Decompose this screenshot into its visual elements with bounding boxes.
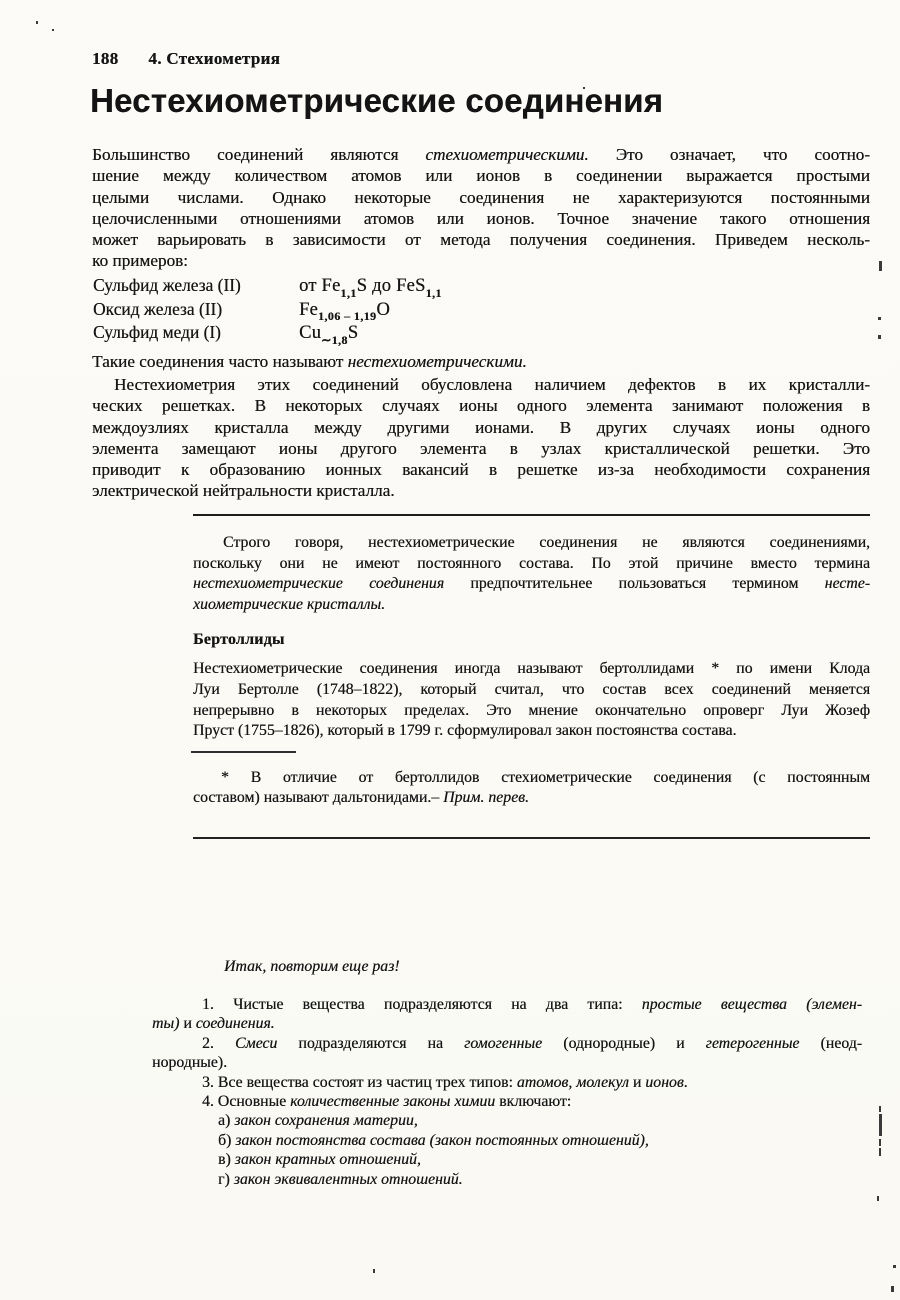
text-line: 2. Смеси подразделяются на гомогенные (о… xyxy=(152,1034,862,1053)
text-line: может варьировать в зависимости от метод… xyxy=(92,229,870,250)
text-line: нестехиометрические соединения предпочти… xyxy=(193,574,870,595)
text-line: Пруст (1755–1826), который в 1799 г. сфо… xyxy=(193,721,870,742)
berthollides-paragraph: Нестехиометрические соединения иногда на… xyxy=(193,659,870,741)
scan-artifact xyxy=(373,1269,375,1273)
scan-artifact xyxy=(879,1148,881,1156)
text-line: междоузлиях кристалла между другими иона… xyxy=(92,417,870,438)
example-row: Оксид железа (II)Fe1,06 – 1,19O xyxy=(93,299,442,323)
footnote: * В отличие от бертоллидов стехиометриче… xyxy=(193,768,870,808)
rule-top xyxy=(193,514,870,516)
page-title: Нестехиометрические соединения xyxy=(90,82,663,120)
text-line: * В отличие от бертоллидов стехиометриче… xyxy=(193,768,870,788)
chapter-label: 4. Стехиометрия xyxy=(148,49,280,68)
text-line: хиометрические кристаллы. xyxy=(193,595,870,616)
example-row: Сульфид меди (I)Cu∼1,8S xyxy=(93,322,442,346)
intro-paragraph: Большинство соединений являются стехиоме… xyxy=(92,144,870,272)
example-row: Сульфид железа (II)от Fe1,1S до FeS1,1 xyxy=(93,275,442,299)
text-line: составом) называют дальтонидами.– Прим. … xyxy=(193,788,870,808)
text-line: 4. Основные количественные законы химии … xyxy=(152,1092,862,1111)
text-line: Строго говоря, нестехиометрические соеди… xyxy=(193,533,870,554)
review-item-3: 3. Все вещества состоят из частиц трех т… xyxy=(152,1073,862,1092)
scan-artifact xyxy=(879,1114,882,1136)
example-formula: Fe1,06 – 1,19O xyxy=(299,299,390,324)
text-line: элемента замещают ионы другого элемента … xyxy=(92,438,870,459)
text-line: Луи Бертолле (1748–1822), который считал… xyxy=(193,680,870,701)
example-label: Сульфид железа (II) xyxy=(93,275,299,296)
text-line: непрерывно в некоторых пределах. Это мне… xyxy=(193,701,870,722)
inset-block: Строго говоря, нестехиометрические соеди… xyxy=(193,514,870,839)
review-subitems: а) закон сохранения материи,б) закон пос… xyxy=(152,1111,862,1189)
scan-artifact xyxy=(877,1196,879,1201)
text-line: 1. Чистые вещества подразделяются на два… xyxy=(152,995,862,1014)
review-item-4: 4. Основные количественные законы химии … xyxy=(152,1092,862,1111)
text-line: электрической нейтральности кристалла. xyxy=(92,480,870,501)
text-line: б) закон постоянства состава (закон пост… xyxy=(152,1131,862,1150)
text-line: а) закон сохранения материи, xyxy=(152,1111,862,1130)
scan-artifact xyxy=(891,1286,894,1292)
text-line: Большинство соединений являются стехиоме… xyxy=(92,144,870,165)
review-item-1: 1. Чистые вещества подразделяются на два… xyxy=(152,995,862,1034)
scan-artifact xyxy=(583,87,585,89)
text-line: ты) и соединения. xyxy=(152,1014,862,1033)
text-line: 3. Все вещества состоят из частиц трех т… xyxy=(152,1073,862,1092)
text-line: целочисленными отношениями атомов или ио… xyxy=(92,208,870,229)
scan-artifact xyxy=(879,261,882,271)
text-line: шение между количеством атомов или ионов… xyxy=(92,165,870,186)
review-lead-line: Итак, повторим еще раз! xyxy=(152,957,862,976)
text-line: в) закон кратных отношений, xyxy=(152,1150,862,1169)
review-items: 1. Чистые вещества подразделяются на два… xyxy=(152,995,862,1189)
scan-artifact xyxy=(879,1139,881,1146)
defects-paragraph: Нестехиометрия этих соединений обусловле… xyxy=(92,374,870,502)
text-line: ко примеров: xyxy=(92,250,870,271)
footnote-separator-rule xyxy=(191,751,296,753)
strictly-speaking-paragraph: Строго говоря, нестехиометрические соеди… xyxy=(193,533,870,615)
text-line: Такие соединения часто называют нестехио… xyxy=(92,351,870,372)
scan-artifact xyxy=(36,21,38,24)
example-formula: Cu∼1,8S xyxy=(299,322,358,347)
such-compounds-paragraph: Такие соединения часто называют нестехио… xyxy=(92,351,870,372)
text-line: Нестехиометрические соединения иногда на… xyxy=(193,659,870,680)
text-line: целыми числами. Однако некоторые соедине… xyxy=(92,187,870,208)
example-label: Оксид железа (II) xyxy=(93,299,299,320)
review-item-2: 2. Смеси подразделяются на гомогенные (о… xyxy=(152,1034,862,1073)
text-line: г) закон эквивалентных отношений. xyxy=(152,1170,862,1189)
page-number: 188 xyxy=(92,49,118,69)
book-page: 1884. Стехиометрия Нестехиометрические с… xyxy=(0,0,900,1300)
scan-artifact xyxy=(879,1106,881,1112)
running-header: 1884. Стехиометрия xyxy=(92,49,280,69)
text-line: Нестехиометрия этих соединений обусловле… xyxy=(92,374,870,395)
berthollides-heading: Бертоллиды xyxy=(193,631,870,649)
text-line: нородные). xyxy=(152,1053,862,1072)
scan-artifact xyxy=(878,317,881,320)
review-block: Итак, повторим еще раз! 1. Чистые вещест… xyxy=(152,957,862,1189)
examples-table: Сульфид железа (II)от Fe1,1S до FeS1,1Ок… xyxy=(93,275,442,346)
scan-artifact xyxy=(52,29,54,31)
text-line: приводит к образованию ионных вакансий в… xyxy=(92,459,870,480)
example-label: Сульфид меди (I) xyxy=(93,322,299,343)
rule-bottom xyxy=(193,837,870,839)
text-line: ческих решетках. В некоторых случаях ион… xyxy=(92,395,870,416)
scan-artifact xyxy=(893,1265,896,1268)
text-line: поскольку они не имеют постоянного соста… xyxy=(193,554,870,575)
scan-artifact xyxy=(878,335,881,339)
example-formula: от Fe1,1S до FeS1,1 xyxy=(299,275,442,300)
